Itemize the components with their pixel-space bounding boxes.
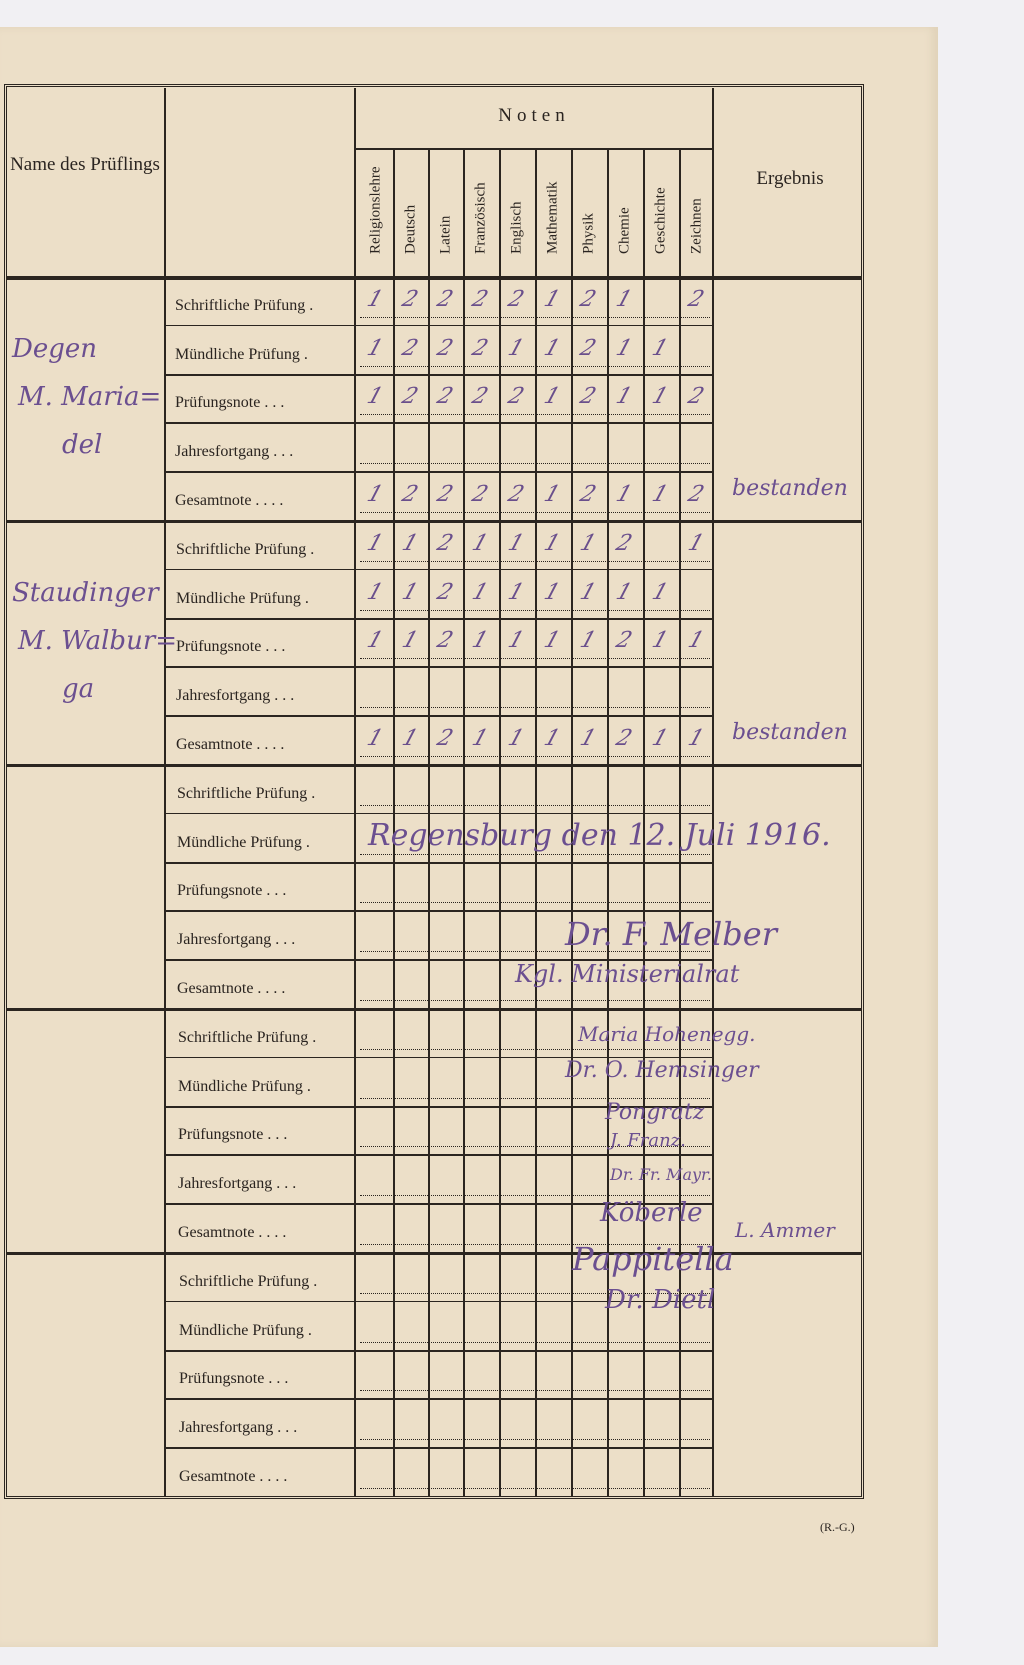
row-divider xyxy=(166,471,712,473)
row-label: Jahresfortgang . . . xyxy=(176,687,294,705)
dotted-guide xyxy=(360,1098,710,1099)
row-divider xyxy=(166,422,712,424)
subject-header-geschichte: Geschichte xyxy=(643,150,679,275)
student-name: M. Walbur= xyxy=(18,626,177,656)
row-divider xyxy=(166,666,712,668)
row-label: Mündliche Prüfung . xyxy=(178,1078,311,1096)
row-divider xyxy=(166,910,712,912)
dotted-guide xyxy=(360,902,710,903)
row-label: Jahresfortgang . . . xyxy=(177,931,295,949)
handwritten-annotation: L. Ammer xyxy=(735,1218,835,1242)
subject-header-englisch: Englisch xyxy=(499,150,535,275)
dotted-guide xyxy=(360,1195,710,1196)
dotted-guide xyxy=(360,707,710,708)
row-label: Jahresfortgang . . . xyxy=(178,1175,296,1193)
subject-header-mathematik: Mathematik xyxy=(535,150,571,275)
subject-label: Religionslehre xyxy=(367,167,384,254)
row-label: Prüfungsnote . . . xyxy=(176,638,285,656)
row-divider xyxy=(166,1447,712,1449)
dotted-guide xyxy=(360,366,710,367)
row-divider xyxy=(166,569,712,571)
divider xyxy=(164,88,166,1496)
row-divider xyxy=(166,715,712,717)
row-label: Schriftliche Prüfung . xyxy=(176,541,314,559)
subject-header-latein: Latein xyxy=(428,150,463,275)
student-name: del xyxy=(62,430,102,460)
divider xyxy=(6,276,862,280)
row-label: Schriftliche Prüfung . xyxy=(175,297,313,315)
result-text: bestanden xyxy=(732,720,848,745)
dotted-guide xyxy=(360,1439,710,1440)
handwritten-annotation: Köberle xyxy=(600,1198,703,1228)
student-name: Degen xyxy=(12,334,97,364)
dotted-guide xyxy=(360,463,710,464)
dotted-guide xyxy=(360,1342,710,1343)
row-label: Schriftliche Prüfung . xyxy=(178,1029,316,1047)
row-divider xyxy=(166,374,712,376)
header-ergebnis: Ergebnis xyxy=(718,168,862,190)
student-name: ga xyxy=(62,674,94,704)
row-label: Gesamtnote . . . . xyxy=(178,1224,286,1242)
dotted-guide xyxy=(360,1390,710,1391)
handwritten-annotation: J. Franz. xyxy=(610,1130,686,1151)
row-label: Mündliche Prüfung . xyxy=(179,1322,312,1340)
header-name-column: Name des Prüflings xyxy=(10,150,160,180)
subject-label: Französisch xyxy=(473,182,490,254)
row-label: Gesamtnote . . . . xyxy=(175,492,283,510)
dotted-guide xyxy=(360,414,710,415)
subject-label: Mathematik xyxy=(545,182,562,254)
row-divider xyxy=(166,325,712,327)
subject-label: Chemie xyxy=(617,207,634,254)
row-divider xyxy=(166,1154,712,1156)
block-divider xyxy=(6,520,862,523)
row-label: Gesamtnote . . . . xyxy=(177,980,285,998)
dotted-guide xyxy=(360,610,710,611)
subject-header-religionslehre: Religionslehre xyxy=(358,150,393,275)
dotted-guide xyxy=(360,1488,710,1489)
row-label: Mündliche Prüfung . xyxy=(176,590,309,608)
handwritten-annotation: Maria Hohenegg. xyxy=(578,1022,756,1046)
row-divider xyxy=(166,862,712,864)
handwritten-annotation: Dr. Fr. Mayr. xyxy=(610,1165,712,1184)
row-label: Prüfungsnote . . . xyxy=(178,1126,287,1144)
row-label: Mündliche Prüfung . xyxy=(175,346,308,364)
handwritten-annotation: Pappitella xyxy=(572,1240,734,1278)
handwritten-annotation: Pongratz xyxy=(605,1100,704,1125)
row-divider xyxy=(166,618,712,620)
row-label: Prüfungsnote . . . xyxy=(179,1370,288,1388)
row-label: Prüfungsnote . . . xyxy=(175,394,284,412)
row-divider xyxy=(166,1350,712,1352)
dotted-guide xyxy=(360,1049,710,1050)
block-divider xyxy=(6,764,862,767)
row-label: Jahresfortgang . . . xyxy=(179,1419,297,1437)
dotted-guide xyxy=(360,756,710,757)
row-label: Schriftliche Prüfung . xyxy=(179,1273,317,1291)
student-name: M. Maria= xyxy=(18,382,161,412)
row-label: Gesamtnote . . . . xyxy=(179,1468,287,1486)
subject-label: Englisch xyxy=(509,202,526,255)
dotted-guide xyxy=(360,805,710,806)
divider xyxy=(354,88,356,1496)
handwritten-annotation: Dr. O. Hemsinger xyxy=(565,1058,759,1083)
dotted-guide xyxy=(360,658,710,659)
row-label: Mündliche Prüfung . xyxy=(177,834,310,852)
subject-header-chemie: Chemie xyxy=(607,150,643,275)
handwritten-annotation: Kgl. Ministerialrat xyxy=(515,960,739,988)
result-text: bestanden xyxy=(732,476,848,501)
handwritten-annotation: Dr. F. Melber xyxy=(565,915,777,953)
row-label: Schriftliche Prüfung . xyxy=(177,785,315,803)
subject-label: Deutsch xyxy=(402,205,419,254)
header-noten: Noten xyxy=(358,105,710,127)
form-code: (R.-G.) xyxy=(820,1520,855,1535)
dotted-guide xyxy=(360,854,710,855)
subject-label: Geschichte xyxy=(653,187,670,254)
subject-header-zeichnen: Zeichnen xyxy=(679,150,714,275)
subject-header-französisch: Französisch xyxy=(463,150,499,275)
dotted-guide xyxy=(360,317,710,318)
subject-label: Physik xyxy=(581,213,598,254)
row-label: Jahresfortgang . . . xyxy=(175,443,293,461)
subject-label: Latein xyxy=(437,216,454,254)
row-label: Prüfungsnote . . . xyxy=(177,882,286,900)
dotted-guide xyxy=(360,1000,710,1001)
handwritten-annotation: Regensburg den 12. Juli 1916. xyxy=(368,818,831,853)
subject-label: Zeichnen xyxy=(688,198,705,254)
dotted-guide xyxy=(360,561,710,562)
row-divider xyxy=(166,813,712,815)
row-divider xyxy=(166,1398,712,1400)
row-label: Gesamtnote . . . . xyxy=(176,736,284,754)
handwritten-annotation: Dr. Dietl xyxy=(605,1285,715,1315)
dotted-guide xyxy=(360,512,710,513)
block-divider xyxy=(6,1008,862,1011)
subject-header-physik: Physik xyxy=(571,150,607,275)
subject-header-deutsch: Deutsch xyxy=(393,150,428,275)
student-name: Staudinger xyxy=(12,578,159,608)
